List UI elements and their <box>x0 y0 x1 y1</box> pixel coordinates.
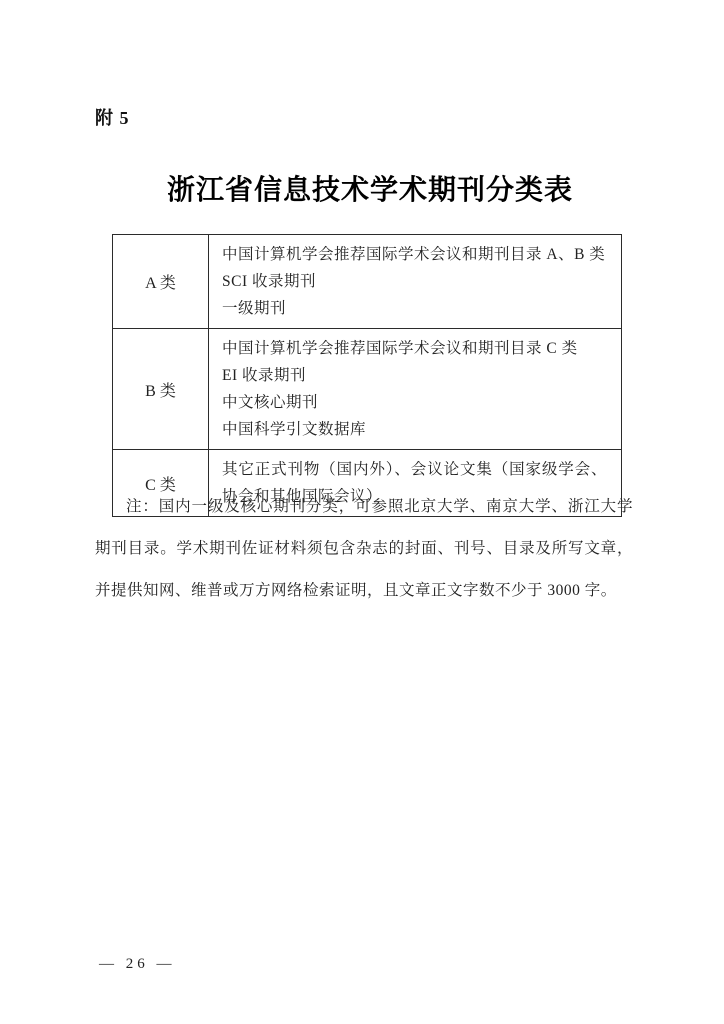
note-paragraph: 注：国内一级及核心期刊分类，可参照北京大学、南京大学、浙江大学期刊目录。学术期刊… <box>95 486 633 612</box>
row-content-class-a: 中国计算机学会推荐国际学术会议和期刊目录 A、B 类 SCI 收录期刊 一级期刊 <box>209 235 621 328</box>
page-number: — 26 — <box>99 956 176 973</box>
table-cell-line: 中国科学引文数据库 <box>222 416 607 443</box>
row-content-class-b: 中国计算机学会推荐国际学术会议和期刊目录 C 类 EI 收录期刊 中文核心期刊 … <box>209 329 621 449</box>
table-row: B 类 中国计算机学会推荐国际学术会议和期刊目录 C 类 EI 收录期刊 中文核… <box>113 329 621 450</box>
table-cell-line: 中国计算机学会推荐国际学术会议和期刊目录 A、B 类 <box>222 241 607 268</box>
table-cell-line: SCI 收录期刊 <box>222 268 607 295</box>
table-cell-line: EI 收录期刊 <box>222 362 607 389</box>
appendix-label: 附 5 <box>95 104 130 130</box>
document-page: 附 5 浙江省信息技术学术期刊分类表 A 类 中国计算机学会推荐国际学术会议和期… <box>0 0 724 1024</box>
row-label-class-a: A 类 <box>113 235 209 328</box>
page-title: 浙江省信息技术学术期刊分类表 <box>0 168 724 208</box>
table-row: A 类 中国计算机学会推荐国际学术会议和期刊目录 A、B 类 SCI 收录期刊 … <box>113 235 621 329</box>
table-cell-line: 中文核心期刊 <box>222 389 607 416</box>
table-cell-line: 一级期刊 <box>222 295 607 322</box>
journal-classification-table: A 类 中国计算机学会推荐国际学术会议和期刊目录 A、B 类 SCI 收录期刊 … <box>112 234 622 517</box>
row-label-class-b: B 类 <box>113 329 209 449</box>
table-cell-line: 中国计算机学会推荐国际学术会议和期刊目录 C 类 <box>222 335 607 362</box>
